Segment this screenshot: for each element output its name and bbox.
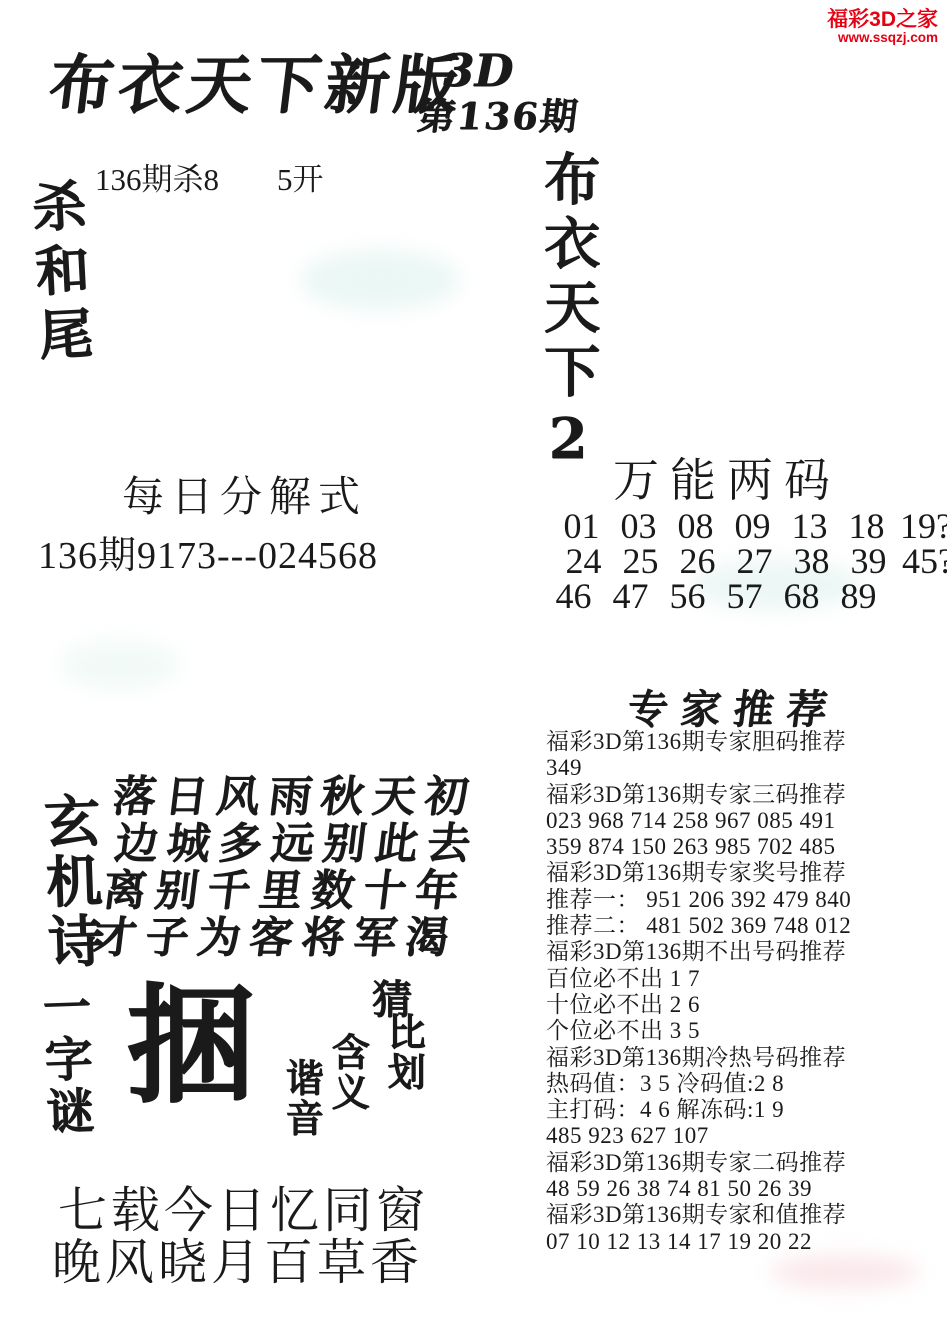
kill-number-line: 136期杀8 5开	[95, 154, 324, 199]
expert-line: 福彩3D第136期专家三码推荐	[546, 782, 936, 808]
expert-line: 359 874 150 263 985 702 485	[546, 834, 936, 860]
daily-breakdown-formula: 136期9173---024568	[38, 524, 378, 579]
expert-recommendation-list: 福彩3D第136期专家胆码推荐 349 福彩3D第136期专家三码推荐 023 …	[546, 729, 936, 1255]
expert-line: 福彩3D第136期专家和值推荐	[546, 1202, 936, 1228]
expert-recommendation-heading: 专家推荐	[625, 678, 844, 735]
expert-line: 福彩3D第136期专家奖号推荐	[546, 860, 936, 886]
mystery-poem: 落日风雨秋天初 边城多远别此去 离别千里数十年 才子为客将军渴	[92, 774, 487, 962]
two-code: 89	[835, 575, 882, 617]
two-code: 57	[721, 575, 768, 617]
couplet-line-2: 晚风晓月百草香	[52, 1224, 423, 1294]
expert-line: 百位必不出 1 7	[546, 966, 936, 992]
expert-line: 349	[546, 755, 936, 781]
universal-two-codes-heading: 万能两码	[613, 444, 841, 510]
expert-line: 485 923 627 107	[546, 1123, 936, 1149]
poem-line: 离别千里数十年	[100, 868, 476, 915]
vertical-label-sha-he-wei: 杀和尾	[27, 177, 91, 372]
char-riddle-hint: 比划	[384, 1012, 422, 1092]
expert-line: 十位必不出 2 6	[546, 992, 936, 1018]
poem-line: 落日风雨秋天初	[110, 774, 488, 821]
kill-number-text: 136期杀8	[95, 154, 219, 199]
scan-watermark	[770, 1255, 920, 1289]
site-logo: 福彩3D之家 www.ssqzj.com	[827, 8, 938, 46]
site-logo-url: www.ssqzj.com	[827, 31, 938, 46]
expert-line: 热码值：3 5 冷码值:2 8	[546, 1071, 936, 1097]
masthead-title: 布衣天下新版	[44, 34, 469, 126]
char-riddle-hint: 含义	[328, 1032, 366, 1112]
char-riddle-hint: 谐音	[282, 1058, 320, 1138]
two-code: 68	[778, 575, 825, 617]
scan-watermark	[60, 640, 180, 690]
expert-line: 48 59 26 38 74 81 50 26 39	[546, 1176, 936, 1202]
poem-line: 才子为客将军渴	[90, 915, 470, 962]
char-riddle-label: 一字谜	[37, 981, 90, 1139]
lottery-prediction-sheet: 福彩3D之家 www.ssqzj.com 布衣天下新版 3D 第136期 136…	[0, 0, 947, 1323]
open-number-text: 5开	[277, 154, 324, 199]
expert-line: 福彩3D第136期专家胆码推荐	[546, 729, 936, 755]
expert-line: 推荐一： 951 206 392 479 840	[546, 887, 936, 913]
expert-line: 福彩3D第136期专家二码推荐	[546, 1150, 936, 1176]
expert-line: 07 10 12 13 14 17 19 20 22	[546, 1229, 936, 1255]
two-code: 56	[664, 575, 711, 617]
expert-line: 推荐二： 481 502 369 748 012	[546, 913, 936, 939]
scan-watermark	[300, 250, 460, 310]
expert-line: 023 968 714 258 967 085 491	[546, 808, 936, 834]
expert-line: 个位必不出 3 5	[546, 1018, 936, 1044]
expert-line: 主打码：4 6 解冻码:1 9	[546, 1097, 936, 1123]
char-riddle-answer: 捆	[126, 982, 254, 1110]
two-code: 47	[607, 575, 654, 617]
two-codes-row: 46 47 56 57 68 89	[550, 575, 892, 617]
daily-breakdown-heading: 每日分解式	[122, 464, 367, 524]
two-code: 45?	[902, 540, 947, 582]
expert-line: 福彩3D第136期冷热号码推荐	[546, 1045, 936, 1071]
expert-line: 福彩3D第136期不出号码推荐	[546, 939, 936, 965]
two-code: 46	[550, 575, 597, 617]
masthead-issue: 第136期	[415, 86, 583, 140]
vertical-label-buyi-tianxia-2: 布衣天下2	[540, 150, 596, 480]
poem-line: 边城多远别此去	[112, 821, 482, 868]
site-logo-name: 福彩3D之家	[827, 8, 938, 31]
